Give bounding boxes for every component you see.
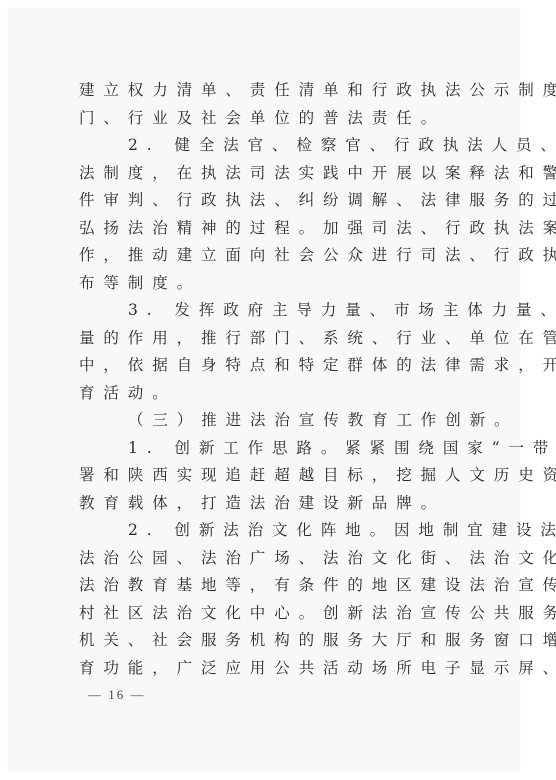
text-line: 法治教育基地等，有条件的地区建设法治宣传教育中心、农 [79,572,497,600]
text-line: 村社区法治文化中心。创新法治宣传公共服务平台，在政府 [79,600,497,628]
text-line: 2. 健全法官、检察官、行政执法人员、律师等以案释 [79,132,497,160]
text-line: 作，推动建立面向社会公众进行司法、行政执法典型案例发 [79,242,497,270]
text-line: 法制度，在执法司法实践中开展以案释法和警示教育，使案 [79,160,497,188]
text-line: 中，依据自身特点和特定群体的法律需求，开展法治宣传教 [79,352,497,380]
text-line: 1. 创新工作思路。紧紧围绕国家“一带一路”战略部 [79,435,497,463]
text-line: 育活动。 [79,380,497,408]
text-line: 量的作用，推行部门、系统、行业、单位在管理和服务过程 [79,325,497,353]
text-line: 3. 发挥政府主导力量、市场主体力量、公务员关键力 [79,297,497,325]
document-body: 建立权力清单、责任清单和行政执法公示制度，严格落实部 门、行业及社会单位的普法责… [79,77,497,682]
section-heading: （三）推进法治宣传教育工作创新。 [79,407,497,435]
text-line: 门、行业及社会单位的普法责任。 [79,105,497,133]
text-line: 法治公园、法治广场、法治文化街、法治文化名城、青少年 [79,545,497,573]
text-line: 建立权力清单、责任清单和行政执法公示制度，严格落实部 [79,77,497,105]
text-line: 机关、社会服务机构的服务大厅和服务窗口增加法治宣传教 [79,627,497,655]
text-line: 弘扬法治精神的过程。加强司法、行政执法案例整理编辑工 [79,215,497,243]
page-number: — 16 — [88,687,146,703]
text-line: 2. 创新法治文化阵地。因地制宜建设法治文化橱窗、 [79,517,497,545]
text-line: 署和陕西实现追赶超越目标，挖掘人文历史资源，创新宣传 [79,462,497,490]
text-line: 件审判、行政执法、纠纷调解、法律服务的过程成为向群众 [79,187,497,215]
text-line: 布等制度。 [79,270,497,298]
text-line: 教育载体，打造法治建设新品牌。 [79,490,497,518]
text-line: 育功能，广泛应用公共活动场所电子显示屏、服务窗口触摸 [79,655,497,683]
document-page: 建立权力清单、责任清单和行政执法公示制度，严格落实部 门、行业及社会单位的普法责… [8,8,520,771]
